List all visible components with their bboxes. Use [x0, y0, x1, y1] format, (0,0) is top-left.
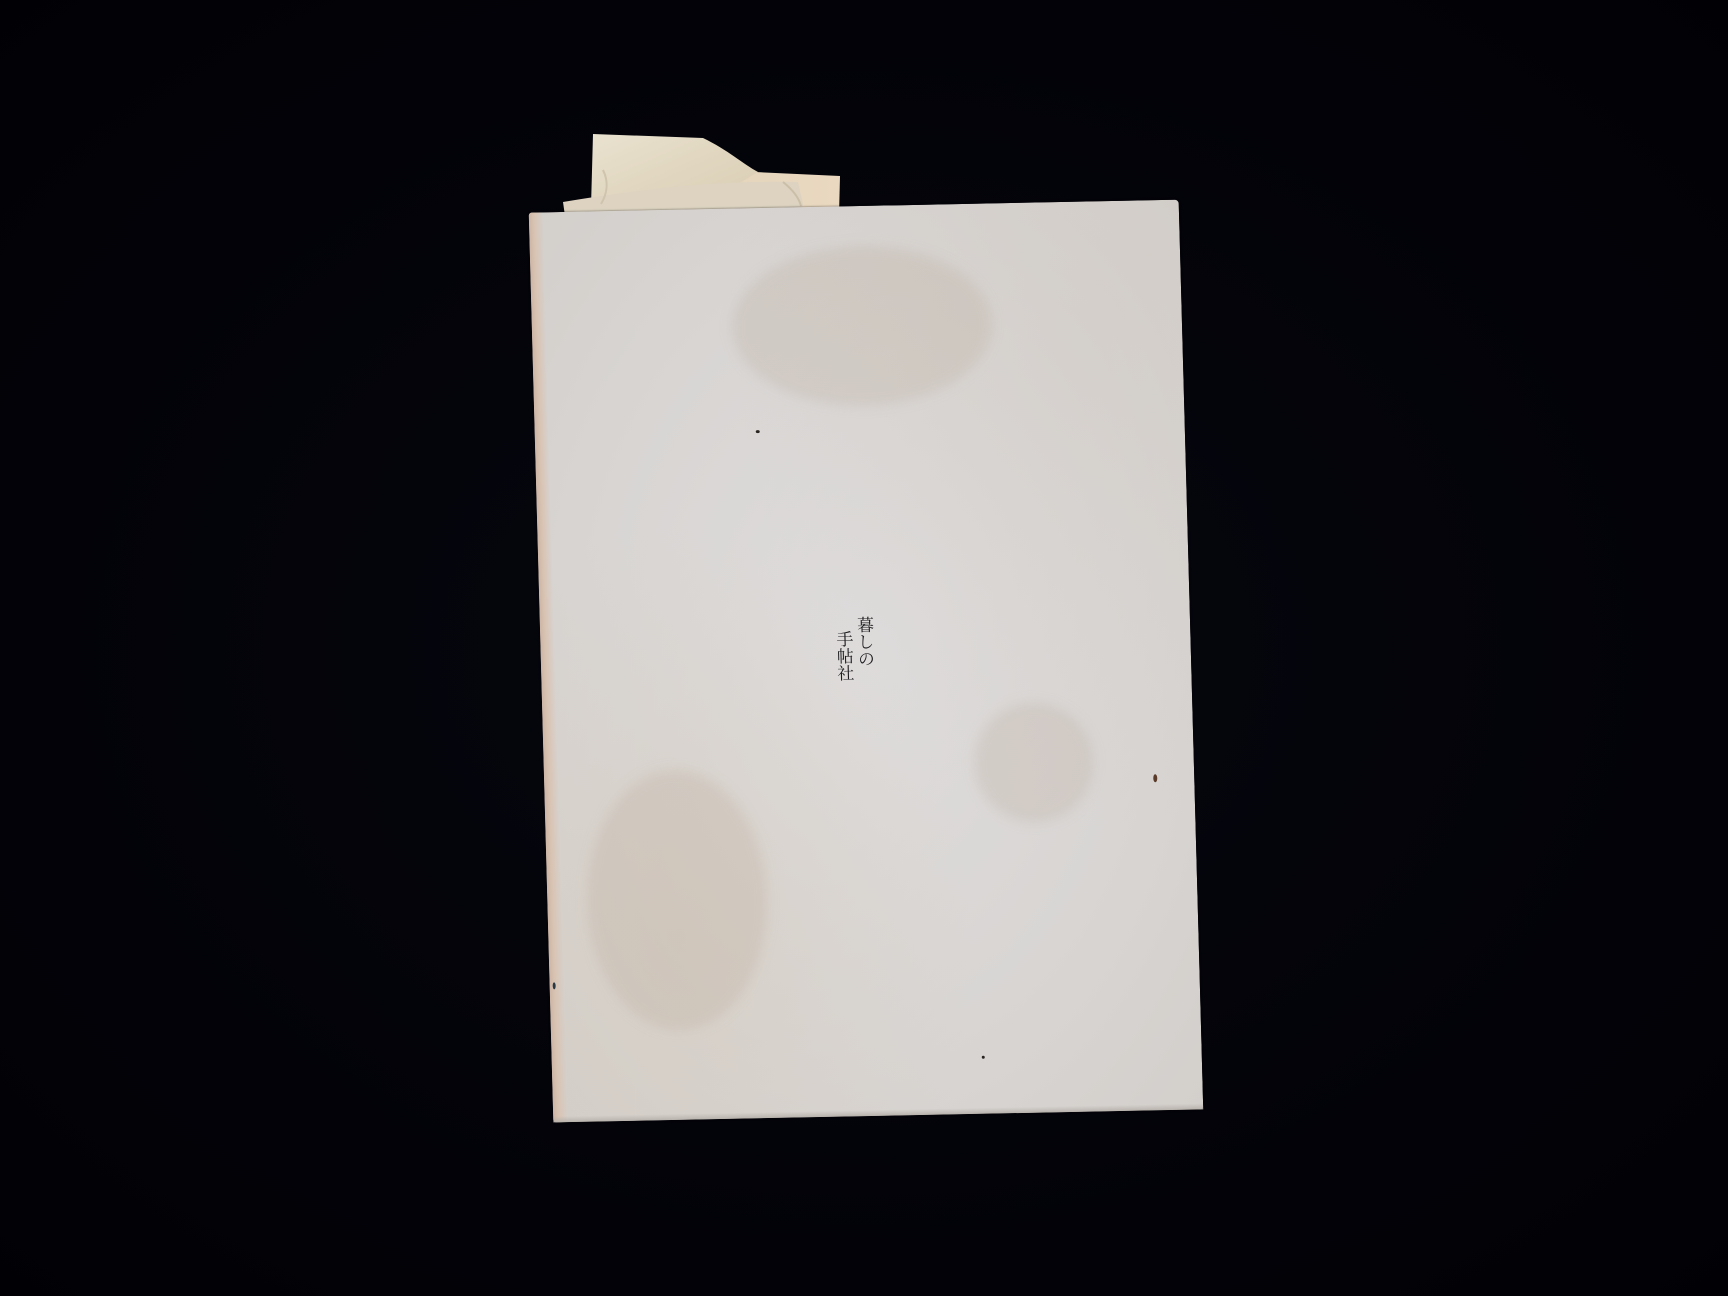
- book-back-cover: 暮しの 手帖社: [529, 200, 1203, 1123]
- paper-speck: [756, 430, 760, 433]
- publisher-line-2: 手帖社: [832, 630, 852, 681]
- paper-speck: [982, 1056, 985, 1059]
- book-spine-edge: [529, 212, 568, 1122]
- paper-speck: [553, 982, 556, 989]
- publisher-line-1: 暮しの: [853, 616, 874, 681]
- paper-stain: [972, 701, 1095, 823]
- book-bottom-edge: [553, 1103, 1203, 1122]
- paper-speck: [1153, 774, 1157, 782]
- photo-scene: 暮しの 手帖社: [0, 0, 1728, 1296]
- publisher-imprint: 暮しの 手帖社: [832, 616, 874, 682]
- paper-stain: [584, 768, 771, 1032]
- paper-stain: [730, 243, 994, 408]
